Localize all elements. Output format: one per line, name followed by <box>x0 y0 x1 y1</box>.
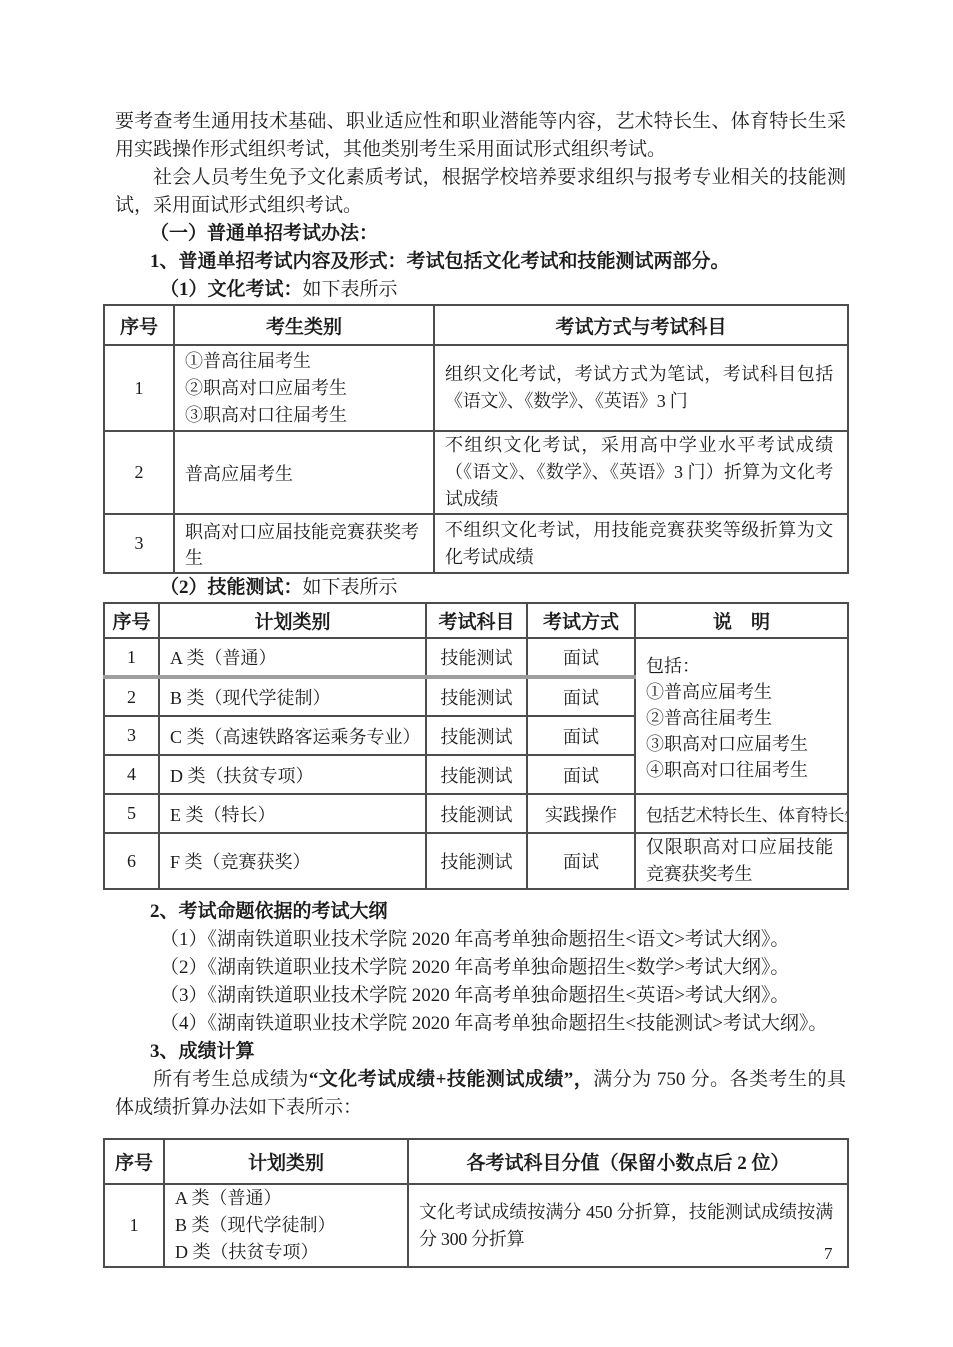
table-header-row: 序号 计划类别 各考试科目分值（保留小数点后 2 位） <box>104 1139 848 1184</box>
heading-exam-syllabus: 2、考试命题依据的考试大纲 <box>150 898 846 926</box>
label-skill-test: （2）技能测试：如下表所示 <box>160 574 398 602</box>
header-cell-subject: 考试科目 <box>426 603 527 638</box>
label-culture-exam: （1）文化考试：如下表所示 <box>160 276 846 304</box>
header-cell-no: 序号 <box>104 603 159 638</box>
cell-candidate-type: ①普高往届考生 ②职高对口应届考生 ③职高对口往届考生 <box>174 345 434 431</box>
cell-note-merged: 包括： ①普高应届考生 ②普高往届考生 ③职高对口应届考生 ④职高对口往届考生 <box>635 638 848 794</box>
cell-subject: 技能测试 <box>426 755 527 794</box>
label-culture-exam-rest: 如下表所示 <box>303 279 398 300</box>
cell-mode: 面试 <box>527 833 635 889</box>
score-calc-table: 序号 计划类别 各考试科目分值（保留小数点后 2 位） 1 A 类（普通） B … <box>103 1138 849 1268</box>
paragraph-exam-organization: 要考查考生通用技术基础、职业适应性和职业潜能等内容，艺术特长生、体育特长生采用实… <box>115 108 846 164</box>
header-cell-no: 序号 <box>104 1139 164 1184</box>
header-cell-plan-type: 计划类别 <box>159 603 426 638</box>
cell-no: 1 <box>104 345 174 431</box>
cell-exam-method: 不组织文化考试，用技能竞赛获奖等级折算为文化考试成绩 <box>434 514 848 573</box>
cell-no: 3 <box>104 716 159 755</box>
score-text-formula: “文化考试成绩+技能测试成绩”， <box>309 1069 593 1090</box>
label-culture-exam-bold: （1）文化考试： <box>160 279 303 300</box>
cell-line: ①普高往届考生 <box>185 348 427 375</box>
cell-plan-type: A 类（普通） <box>159 638 426 677</box>
paragraph-total-score: 所有考生总成绩为“文化考试成绩+技能测试成绩”，满分为 750 分。各类考生的具… <box>115 1066 846 1122</box>
cell-plan-type: F 类（竞赛获奖） <box>159 833 426 889</box>
heading-exam-content-form: 1、普通单招考试内容及形式：考试包括文化考试和技能测试两部分。 <box>150 248 846 276</box>
cell-subject: 技能测试 <box>426 638 527 677</box>
page-content: 要考查考生通用技术基础、职业适应性和职业潜能等内容，艺术特长生、体育特长生采用实… <box>103 108 846 1268</box>
table-header-row: 序号 考生类别 考试方式与考试科目 <box>104 305 848 345</box>
note-text: 仅限职高对口应届技能竞赛获奖考生 <box>646 834 841 888</box>
cell-line: ③职高对口往届考生 <box>185 402 427 429</box>
cell-line: A 类（普通） <box>175 1185 401 1212</box>
cell-line: D 类（扶贫专项） <box>175 1239 401 1266</box>
cell-no: 4 <box>104 755 159 794</box>
cell-candidate-type: 职高对口应届技能竞赛获奖考生 <box>174 514 434 573</box>
note-text: 包括艺术特长生、体育特长生 <box>646 806 848 825</box>
table-row: 2 普高应届考生 不组织文化考试，采用高中学业水平考试成绩（《语文》、《数学》、… <box>104 431 848 514</box>
candidate-type-lines: ①普高往届考生 ②职高对口应届考生 ③职高对口往届考生 <box>185 348 427 429</box>
skill-test-table: 序号 计划类别 考试科目 考试方式 说 明 1 A 类（普通） 技能测试 面试 … <box>103 602 849 890</box>
table-row: 1 ①普高往届考生 ②职高对口应届考生 ③职高对口往届考生 组织文化考试，考试方… <box>104 345 848 431</box>
label-skill-test-bold: （2）技能测试： <box>160 577 303 598</box>
cell-no: 5 <box>104 794 159 833</box>
cell-mode: 面试 <box>527 638 635 677</box>
note-line: 包括： <box>646 653 841 679</box>
header-cell-exam-method: 考试方式与考试科目 <box>434 305 848 345</box>
exam-method-text: 不组织文化考试，采用高中学业水平考试成绩（《语文》、《数学》、《英语》3 门）折… <box>445 432 841 513</box>
header-cell-mode: 考试方式 <box>527 603 635 638</box>
note-lines: 包括： ①普高应届考生 ②普高往届考生 ③职高对口应届考生 ④职高对口往届考生 <box>646 639 841 789</box>
cell-subject: 技能测试 <box>426 677 527 716</box>
note-line: ①普高应届考生 <box>646 679 841 705</box>
page-number: 7 <box>824 1244 833 1264</box>
cell-note: 包括艺术特长生、体育特长生 <box>635 794 848 833</box>
cell-no: 1 <box>104 638 159 677</box>
header-cell-candidate-type: 考生类别 <box>174 305 434 345</box>
cell-subject: 技能测试 <box>426 716 527 755</box>
cell-score-value: 文化考试成绩按满分 450 分折算，技能测试成绩按满分 300 分折算 <box>408 1184 848 1267</box>
exam-method-text: 不组织文化考试，用技能竞赛获奖等级折算为文化考试成绩 <box>445 517 841 571</box>
note-line: ④职高对口往届考生 <box>646 757 841 783</box>
cell-candidate-type: 普高应届考生 <box>174 431 434 514</box>
culture-exam-table: 序号 考生类别 考试方式与考试科目 1 ①普高往届考生 ②职高对口应届考生 ③职… <box>103 304 849 574</box>
plan-type-lines: A 类（普通） B 类（现代学徒制） D 类（扶贫专项） <box>175 1185 401 1266</box>
cell-mode: 面试 <box>527 716 635 755</box>
cell-plan-type: C 类（高速铁路客运乘务专业） <box>159 716 426 755</box>
syllabus-item-chinese: （1）《湖南铁道职业技术学院 2020 年高考单独命题招生<语文>考试大纲》。 <box>160 926 846 954</box>
header-cell-score-value: 各考试科目分值（保留小数点后 2 位） <box>408 1139 848 1184</box>
header-cell-plan-type: 计划类别 <box>164 1139 408 1184</box>
label-skill-test-wrap: （2）技能测试：如下表所示 <box>103 574 846 602</box>
exam-method-text: 组织文化考试，考试方式为笔试，考试科目包括《语文》、《数学》、《英语》3 门 <box>445 361 841 415</box>
cell-exam-method: 组织文化考试，考试方式为笔试，考试科目包括《语文》、《数学》、《英语》3 门 <box>434 345 848 431</box>
cell-no: 6 <box>104 833 159 889</box>
cell-subject: 技能测试 <box>426 833 527 889</box>
table-header-row: 序号 计划类别 考试科目 考试方式 说 明 <box>104 603 848 638</box>
cell-line: ②职高对口应届考生 <box>185 375 427 402</box>
table-row: 1 A 类（普通） B 类（现代学徒制） D 类（扶贫专项） 文化考试成绩按满分… <box>104 1184 848 1267</box>
paragraph-social-candidates: 社会人员考生免予文化素质考试，根据学校培养要求组织与报考专业相关的技能测试，采用… <box>115 164 846 220</box>
table-row: 1 A 类（普通） 技能测试 面试 包括： ①普高应届考生 ②普高往届考生 ③职… <box>104 638 848 677</box>
label-skill-test-rest: 如下表所示 <box>303 577 398 598</box>
heading-exam-method: （一）普通单招考试办法： <box>150 220 846 248</box>
cell-mode: 面试 <box>527 755 635 794</box>
cell-mode: 面试 <box>527 677 635 716</box>
cell-no: 3 <box>104 514 174 573</box>
heading-score-calculation: 3、成绩计算 <box>150 1038 846 1066</box>
cell-mode: 实践操作 <box>527 794 635 833</box>
syllabus-item-math: （2）《湖南铁道职业技术学院 2020 年高考单独命题招生<数学>考试大纲》。 <box>160 954 846 982</box>
cell-plan-type: D 类（扶贫专项） <box>159 755 426 794</box>
cell-line: B 类（现代学徒制） <box>175 1212 401 1239</box>
cell-no: 1 <box>104 1184 164 1267</box>
header-cell-no: 序号 <box>104 305 174 345</box>
note-line: ②普高往届考生 <box>646 705 841 731</box>
note-line: ③职高对口应届考生 <box>646 731 841 757</box>
table-row: 5 E 类（特长） 技能测试 实践操作 包括艺术特长生、体育特长生 <box>104 794 848 833</box>
syllabus-item-english: （3）《湖南铁道职业技术学院 2020 年高考单独命题招生<英语>考试大纲》。 <box>160 982 846 1010</box>
cell-no: 2 <box>104 677 159 716</box>
cell-plan-type: E 类（特长） <box>159 794 426 833</box>
cell-plan-type: A 类（普通） B 类（现代学徒制） D 类（扶贫专项） <box>164 1184 408 1267</box>
table-row: 6 F 类（竞赛获奖） 技能测试 面试 仅限职高对口应届技能竞赛获奖考生 <box>104 833 848 889</box>
cell-note: 仅限职高对口应届技能竞赛获奖考生 <box>635 833 848 889</box>
document-page: 要考查考生通用技术基础、职业适应性和职业潜能等内容，艺术特长生、体育特长生采用实… <box>0 0 953 1347</box>
score-text-pre: 所有考生总成绩为 <box>153 1069 309 1090</box>
header-cell-note: 说 明 <box>635 603 848 638</box>
cell-plan-type: B 类（现代学徒制） <box>159 677 426 716</box>
table-row: 3 职高对口应届技能竞赛获奖考生 不组织文化考试，用技能竞赛获奖等级折算为文化考… <box>104 514 848 573</box>
syllabus-item-skill: （4）《湖南铁道职业技术学院 2020 年高考单独命题招生<技能测试>考试大纲》… <box>160 1010 846 1038</box>
score-value-text: 文化考试成绩按满分 450 分折算，技能测试成绩按满分 300 分折算 <box>419 1199 841 1253</box>
cell-exam-method: 不组织文化考试，采用高中学业水平考试成绩（《语文》、《数学》、《英语》3 门）折… <box>434 431 848 514</box>
cell-subject: 技能测试 <box>426 794 527 833</box>
cell-no: 2 <box>104 431 174 514</box>
